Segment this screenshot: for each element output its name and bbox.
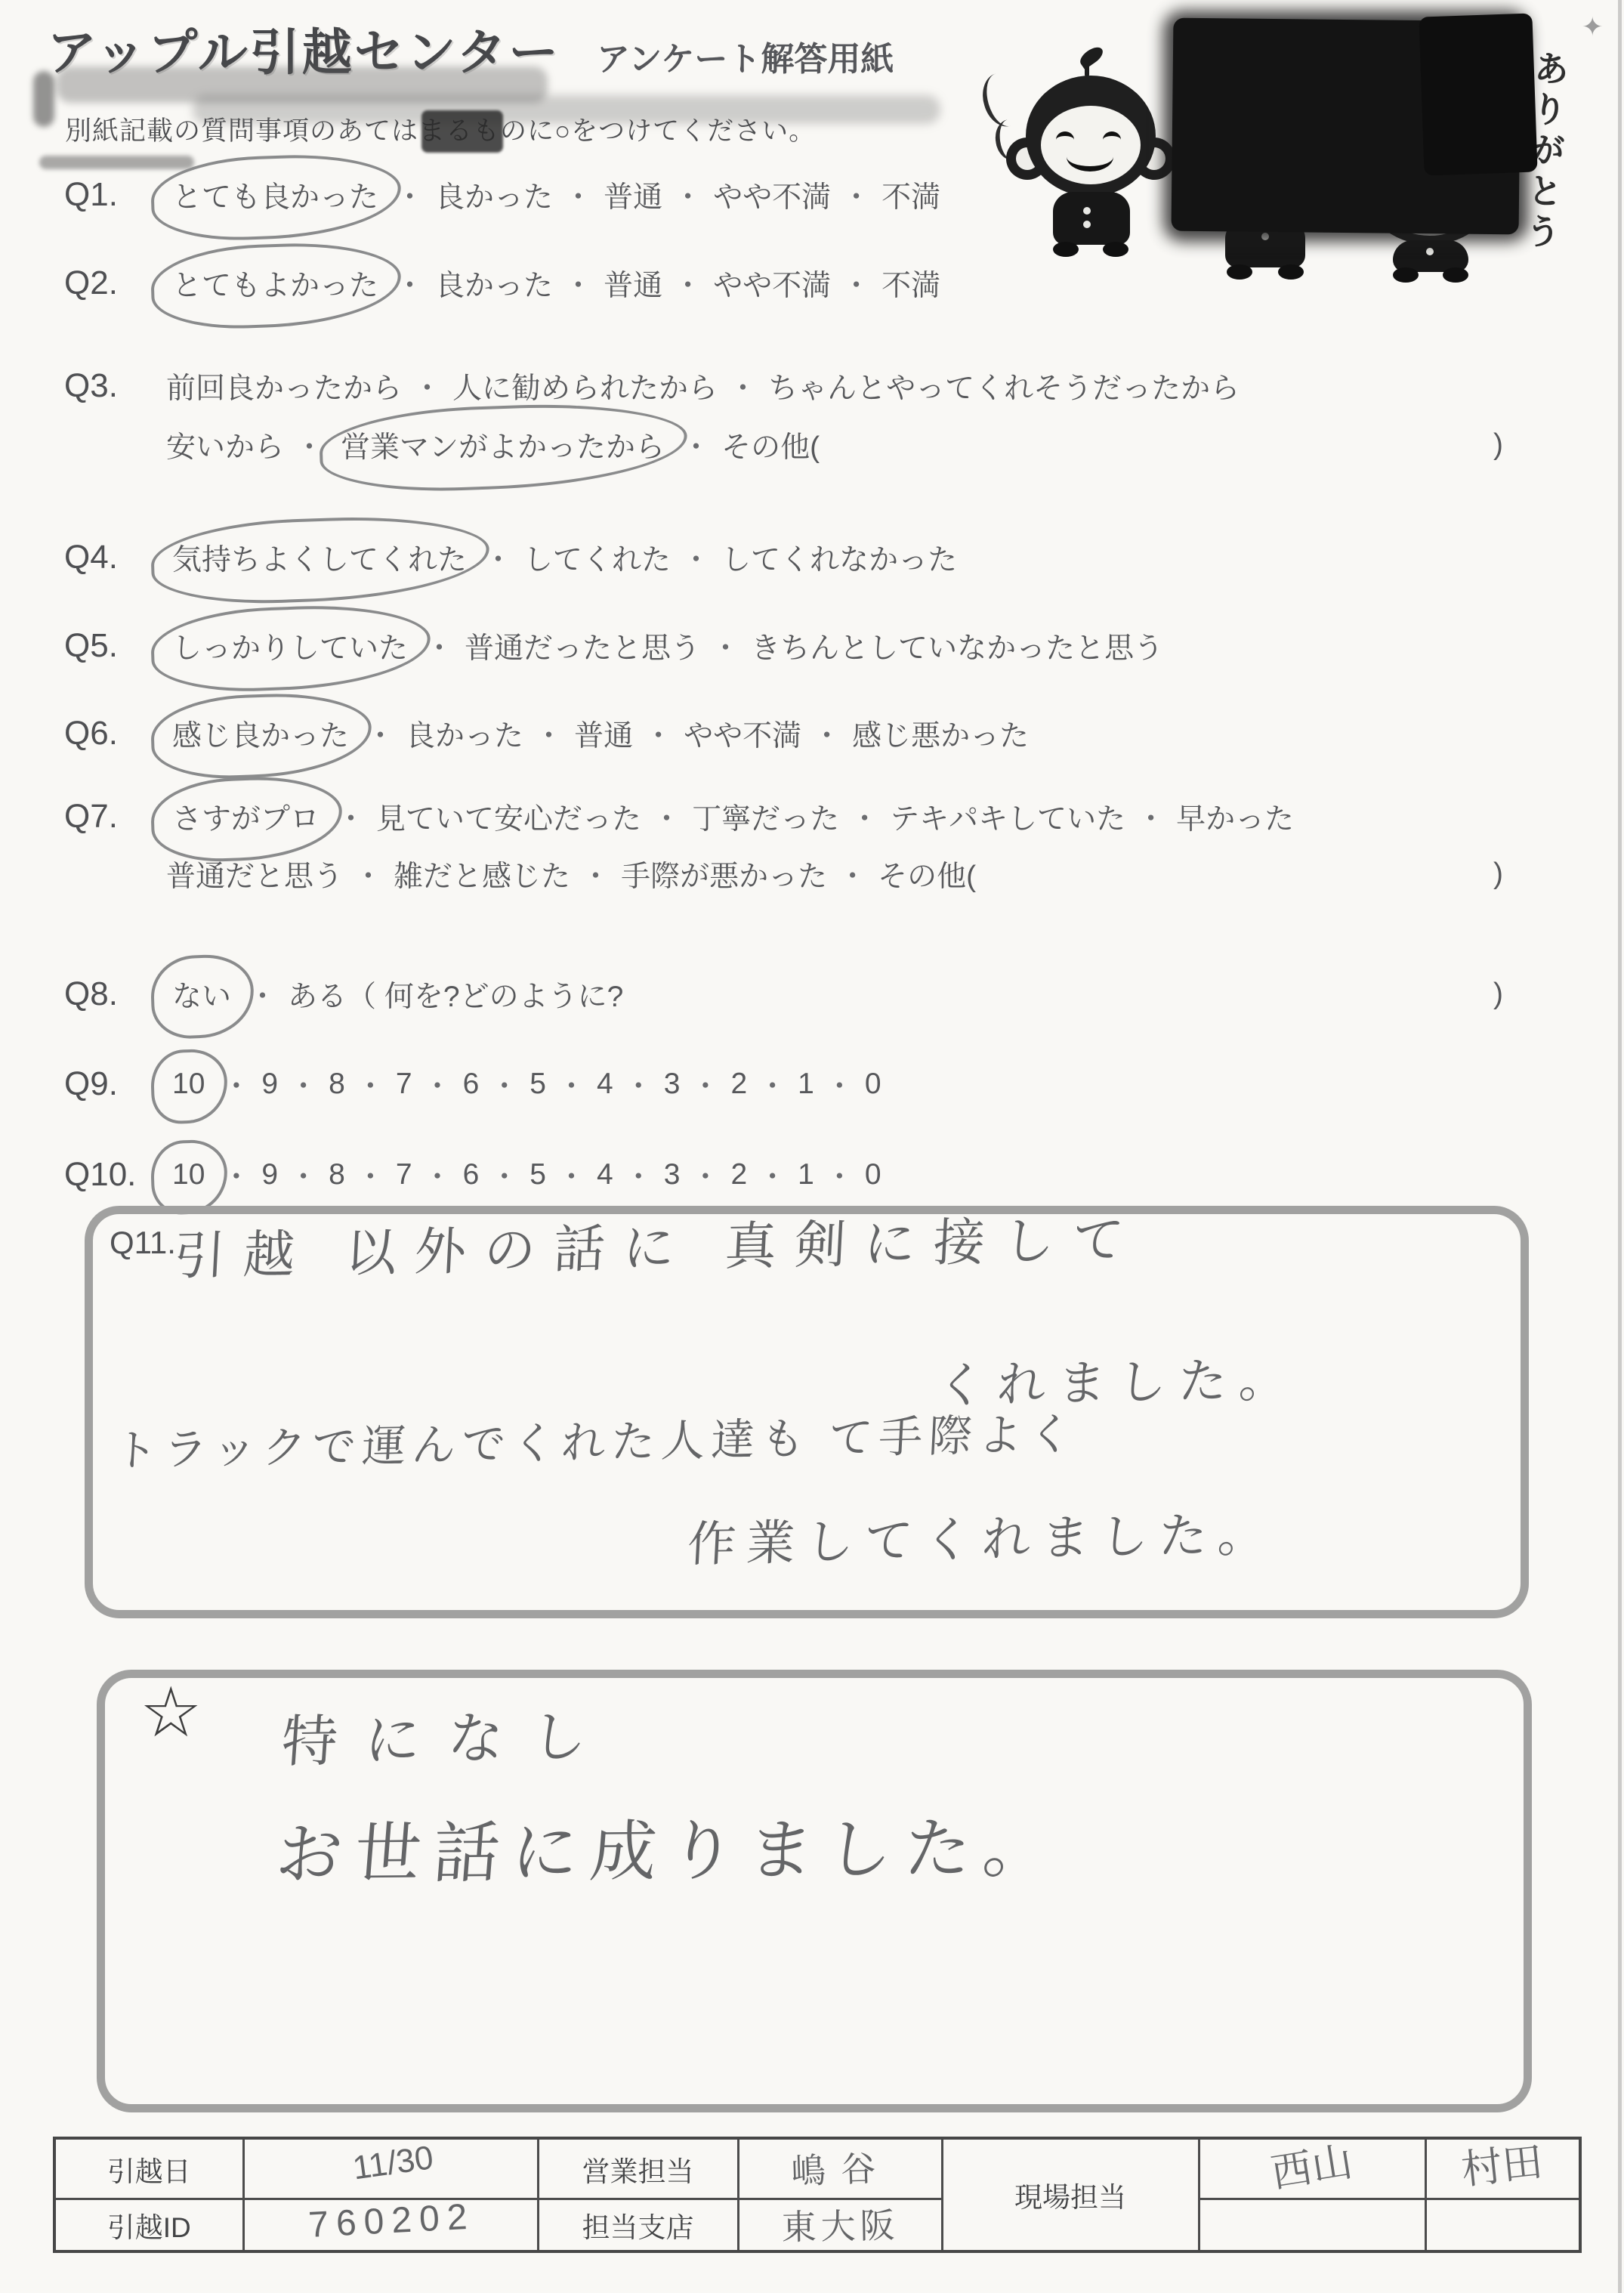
answer-option: 良かった xyxy=(406,712,523,755)
star-comment-box: ☆ 特になし お世話に成りました。 xyxy=(97,1670,1532,2112)
move-id-value: 760202 xyxy=(243,2199,538,2252)
separator-dot: ・ xyxy=(825,1063,854,1105)
separator-dot: ・ xyxy=(356,1154,385,1196)
answer-option: 5 xyxy=(529,1158,546,1191)
question-row: Q7.さすがプロ・見ていて安心だった・丁寧だった・テキパキしていた・早かった xyxy=(64,792,1503,842)
question-row: Q3.前回良かったから・人に勧められたから・ちゃんとやってくれそうだったから xyxy=(64,361,1503,411)
redaction-blob xyxy=(1172,20,1520,233)
answer-option: ) xyxy=(1493,978,1503,1011)
star-icon: ☆ xyxy=(140,1678,202,1748)
branch-label: 担当支店 xyxy=(538,2199,738,2252)
answer-option: 8 xyxy=(329,1068,345,1101)
answer-option: 6 xyxy=(463,1068,480,1101)
answer-option: 7 xyxy=(396,1068,412,1101)
handwritten-comment-line: お世話に成りました。 xyxy=(273,1795,1066,1897)
separator-dot: ・ xyxy=(289,1154,318,1196)
circled-answer: 気持ちよくしてくれた xyxy=(166,536,473,579)
answer-option: 普通だったと思う xyxy=(465,625,700,667)
answer-option: 5 xyxy=(529,1068,546,1101)
footer-info-table: 引越日 11/30 営業担当 嶋谷 現場担当 西山 村田 引越ID 760202… xyxy=(53,2137,1582,2253)
separator-dot: ・ xyxy=(644,712,673,755)
answer-option: 良かった xyxy=(435,262,553,304)
separator-dot: ・ xyxy=(483,536,513,579)
answer-option: 普通 xyxy=(604,174,662,216)
answer-option: 4 xyxy=(597,1158,613,1191)
redaction-ext xyxy=(1419,13,1537,175)
sales-rep-value: 嶋谷 xyxy=(738,2138,942,2199)
answer-option: テキパキしていた xyxy=(890,796,1125,838)
table-row: 引越日 11/30 営業担当 嶋谷 現場担当 西山 村田 xyxy=(54,2138,1580,2199)
answer-option: 1 xyxy=(798,1068,814,1101)
separator-dot: ・ xyxy=(489,1154,519,1196)
monkey-foot xyxy=(1393,267,1419,283)
answer-option: 早かった xyxy=(1176,796,1294,838)
separator-dot: ・ xyxy=(395,262,425,304)
answer-option: 丁寧だった xyxy=(692,796,839,838)
monkey-button xyxy=(1083,207,1091,215)
answer-option: してくれなかった xyxy=(721,536,957,579)
question-row: Q9.10・9・8・7・6・5・4・3・2・1・0 xyxy=(64,1059,1503,1109)
handwritten-signature: 西山 xyxy=(1267,2129,1357,2199)
answer-option: ) xyxy=(1493,858,1503,891)
separator-dot: ・ xyxy=(758,1063,787,1105)
move-date-value: 11/30 xyxy=(243,2138,538,2199)
separator-dot: ・ xyxy=(557,1154,586,1196)
separator-dot: ・ xyxy=(624,1154,653,1196)
monkey-smile xyxy=(1067,142,1113,172)
answer-option: 6 xyxy=(463,1158,480,1191)
answer-option: その他( xyxy=(878,853,976,895)
answer-option: ) xyxy=(1493,428,1503,462)
separator-dot: ・ xyxy=(423,1063,452,1105)
answer-option: ちゃんとやってくれそうだったから xyxy=(768,365,1240,407)
separator-dot: ・ xyxy=(563,174,593,216)
circled-answer: とてもよかった xyxy=(166,262,384,304)
question-row: Q8.ない・ある（ 何を?どのように?) xyxy=(64,969,1503,1019)
separator-dot: ・ xyxy=(841,174,871,216)
separator-dot: ・ xyxy=(825,1154,854,1196)
handwritten-comment-line: 作業してくれました。 xyxy=(686,1495,1279,1575)
question-row: Q5.しっかりしていた・普通だったと思う・きちんとしていなかったと思う xyxy=(64,621,1503,671)
handwritten-comment-line: 特になし xyxy=(279,1692,617,1778)
handwritten-comment-line: トラックで運んでくれた人達も て手際よく xyxy=(113,1398,1080,1479)
q11-comment-box: Q11. 引越 以外の話に 真剣に接して くれました。 トラックで運んでくれた人… xyxy=(85,1206,1529,1618)
answer-option: 0 xyxy=(865,1158,881,1191)
separator-dot: ・ xyxy=(289,1063,318,1105)
monkey-mascot-icon xyxy=(1006,59,1175,257)
question-number: Q11. xyxy=(110,1225,176,1261)
separator-dot: ・ xyxy=(690,1063,720,1105)
monkey-foot xyxy=(1103,242,1128,257)
separator-dot: ・ xyxy=(758,1154,787,1196)
monkey-foot xyxy=(1443,267,1468,283)
circled-answer: さすがプロ xyxy=(166,796,326,838)
separator-dot: ・ xyxy=(841,262,871,304)
separator-dot: ・ xyxy=(711,625,740,667)
separator-dot: ・ xyxy=(412,365,442,407)
handwritten-signature: 村田 xyxy=(1459,2130,1545,2196)
separator-dot: ・ xyxy=(812,712,841,755)
answer-option: その他( xyxy=(721,424,820,466)
move-id-label: 引越ID xyxy=(54,2199,243,2252)
handwritten-comment-line: 引越 以外の話に 真剣に接して xyxy=(172,1199,1144,1289)
answer-option: 9 xyxy=(261,1158,278,1191)
answer-option: きちんとしていなかったと思う xyxy=(751,625,1163,667)
separator-dot: ・ xyxy=(563,262,593,304)
separator-dot: ・ xyxy=(728,365,758,407)
answer-option: 0 xyxy=(865,1068,881,1101)
separator-dot: ・ xyxy=(423,1154,452,1196)
separator-dot: ・ xyxy=(624,1063,653,1105)
answer-option: 2 xyxy=(730,1068,747,1101)
handwritten-value: 嶋谷 xyxy=(790,2140,891,2194)
answer-option: 7 xyxy=(396,1158,412,1191)
question-row: Q10.10・9・8・7・6・5・4・3・2・1・0 xyxy=(64,1150,1503,1200)
answer-option: 雑だと感じた xyxy=(394,853,570,895)
table-row: 引越ID 760202 担当支店 東大阪 xyxy=(54,2199,1580,2252)
answer-option: 手際が悪かった xyxy=(621,853,827,895)
answer-option: 8 xyxy=(329,1158,345,1191)
answer-option: 良かった xyxy=(435,174,553,216)
answer-option: やや不満 xyxy=(684,712,801,755)
answer-option: 普通 xyxy=(574,712,633,755)
separator-dot: ・ xyxy=(1136,796,1166,838)
separator-dot: ・ xyxy=(534,712,563,755)
site-signature-cell: 西山 xyxy=(1199,2138,1425,2199)
answer-option: 2 xyxy=(730,1158,747,1191)
answer-option: 1 xyxy=(798,1158,814,1191)
answer-option: 人に勧められたから xyxy=(452,365,718,407)
answer-option: 普通だと思う xyxy=(166,853,343,895)
handwritten-value: 760202 xyxy=(307,2196,476,2245)
site-signature-empty-cell xyxy=(1425,2199,1580,2252)
question-row: 安いから・営業マンがよかったから・その他() xyxy=(64,420,1503,470)
circled-answer: ない xyxy=(166,973,237,1015)
sales-rep-label: 営業担当 xyxy=(538,2138,738,2199)
separator-dot: ・ xyxy=(681,424,711,466)
site-signature-cell: 村田 xyxy=(1425,2138,1580,2199)
circled-answer: 営業マンがよかったから xyxy=(335,424,671,466)
leaf-stem xyxy=(1085,60,1089,77)
handwritten-value: 11/30 xyxy=(350,2139,436,2187)
handwritten-value: 東大阪 xyxy=(781,2198,900,2250)
monkey-eye xyxy=(1056,131,1074,148)
answer-option: 安いから xyxy=(166,424,284,466)
question-row: Q4.気持ちよくしてくれた・してくれた・してくれなかった xyxy=(64,533,1503,583)
answer-option: 普通 xyxy=(604,262,662,304)
monkey-body xyxy=(1053,192,1130,245)
question-row: 普通だと思う・雑だと感じた・手際が悪かった・その他() xyxy=(64,849,1503,899)
answer-option: 見ていて安心だった xyxy=(376,796,641,838)
circled-answer: とても良かった xyxy=(166,174,384,216)
move-date-label: 引越日 xyxy=(54,2138,243,2199)
separator-dot: ・ xyxy=(354,853,383,895)
answer-option: 3 xyxy=(664,1068,681,1101)
separator-dot: ・ xyxy=(557,1063,586,1105)
answer-option: やや不満 xyxy=(713,262,831,304)
separator-dot: ・ xyxy=(425,625,454,667)
circled-answer: 感じ良かった xyxy=(166,712,355,755)
question-row: Q6.感じ良かった・良かった・普通・やや不満・感じ悪かった xyxy=(64,709,1503,759)
circled-answer: 10 xyxy=(166,1158,211,1191)
separator-dot: ・ xyxy=(395,174,425,216)
branch-value: 東大阪 xyxy=(738,2199,942,2252)
circled-answer: しっかりしていた xyxy=(166,625,414,667)
separator-dot: ・ xyxy=(581,853,610,895)
answer-option: 不満 xyxy=(881,262,940,304)
answer-option: 4 xyxy=(597,1068,613,1101)
answer-option: （ 何を?どのように? xyxy=(347,973,623,1015)
separator-dot: ・ xyxy=(673,262,702,304)
separator-dot: ・ xyxy=(850,796,879,838)
answer-option: 前回良かったから xyxy=(166,365,402,407)
monkey-foot xyxy=(1227,264,1252,280)
site-crew-label: 現場担当 xyxy=(942,2138,1199,2251)
site-signature-empty-cell xyxy=(1199,2199,1425,2252)
separator-dot: ・ xyxy=(652,796,681,838)
monkey-button xyxy=(1083,221,1091,228)
separator-dot: ・ xyxy=(681,536,711,579)
answer-option: 9 xyxy=(261,1068,278,1101)
separator-dot: ・ xyxy=(690,1154,720,1196)
monkey-foot xyxy=(1053,242,1079,257)
separator-dot: ・ xyxy=(489,1063,519,1105)
separator-dot: ・ xyxy=(673,174,702,216)
separator-dot: ・ xyxy=(356,1063,385,1105)
separator-dot: ・ xyxy=(838,853,867,895)
answer-option: 不満 xyxy=(881,174,940,216)
answer-option: ある xyxy=(288,973,347,1015)
answer-option: 感じ悪かった xyxy=(852,712,1029,755)
monkey-button xyxy=(1426,248,1434,255)
question-number: Q3. xyxy=(64,367,166,405)
monkey-foot xyxy=(1278,264,1304,280)
answer-option: やや不満 xyxy=(713,174,831,216)
circled-answer: 10 xyxy=(166,1068,211,1101)
answer-option: してくれた xyxy=(523,536,671,579)
answer-option: 3 xyxy=(664,1158,681,1191)
